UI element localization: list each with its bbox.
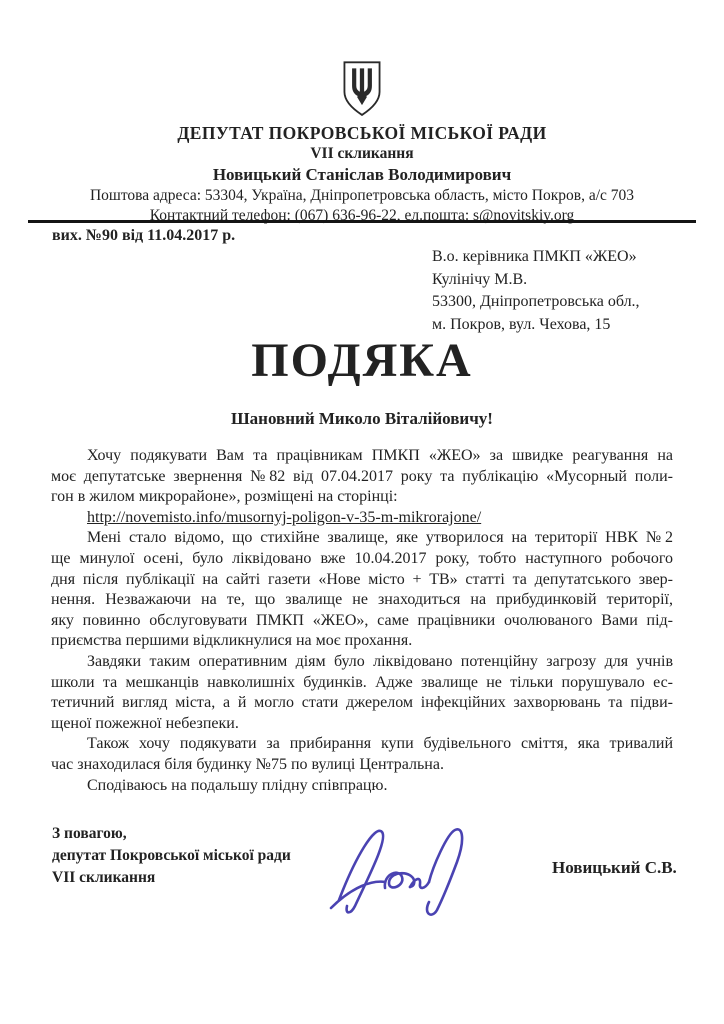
letterhead-divider [28,220,696,223]
letterhead-convocation: VII скликання [0,144,724,164]
letter-body: Хочу подякувати Вам та працівникам ПМКП … [51,446,673,796]
salutation: Шановний Миколо Віталійовичу! [0,409,724,429]
signatory-name: Новицький С.В. [552,858,677,878]
letterhead: ДЕПУТАТ ПОКРОВСЬКОЇ МІСЬКОЇ РАДИ VII скл… [0,60,724,226]
body-paragraph-2: Мені стало відомо, що стихійне звалище, … [51,528,673,652]
document-title: ПОДЯКА [0,333,724,388]
article-url-line: http://novemisto.info/musornyj-poligon-v… [51,508,673,529]
ukraine-trident-emblem-icon [339,60,385,118]
letterhead-postal-address: Поштова адреса: 53304, Україна, Дніпропе… [0,186,724,206]
letterhead-contact: Контактний телефон: (067) 636-96-22, ел.… [0,206,724,226]
letter-page: ДЕПУТАТ ПОКРОВСЬКОЇ МІСЬКОЇ РАДИ VII скл… [0,0,724,1024]
body-paragraph-1: Хочу подякувати Вам та працівникам ПМКП … [51,446,673,508]
body-paragraph-4: Також хочу подякувати за прибирання купи… [51,734,673,775]
body-paragraph-5: Сподіваюсь на подальшу плідну співпрацю. [51,776,673,797]
article-url-link[interactable]: http://novemisto.info/musornyj-poligon-v… [87,509,481,526]
body-paragraph-3: Завдяки таким оперативним діям було лікв… [51,652,673,734]
letterhead-deputy-name: Новицький Станіслав Володимирович [0,164,724,186]
outgoing-reference: вих. №90 від 11.04.2017 р. [52,227,235,245]
recipient-block: В.о. керівника ПМКП «ЖЕО»Кулінічу М.В.53… [432,246,640,336]
closing-block: З повагою,депутат Покровської міської ра… [52,823,291,889]
letterhead-title: ДЕПУТАТ ПОКРОВСЬКОЇ МІСЬКОЇ РАДИ [0,122,724,144]
handwritten-signature [325,818,480,918]
